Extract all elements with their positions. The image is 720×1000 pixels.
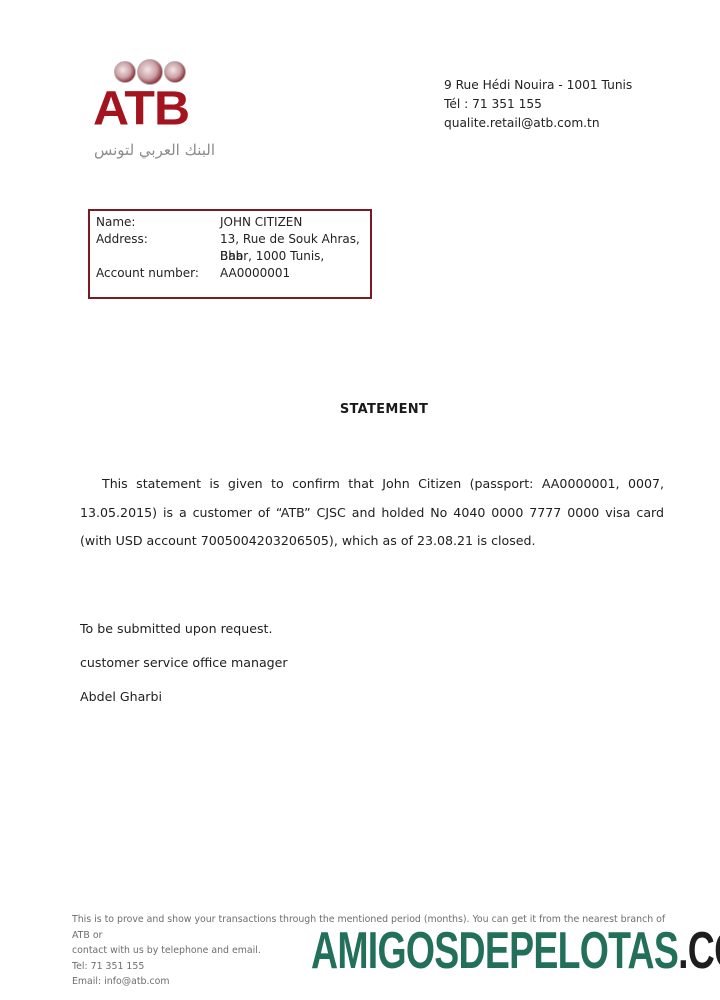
- name-label: Name:: [96, 214, 135, 231]
- account-value: AA0000001: [220, 265, 370, 282]
- logo-wordmark: ATB: [93, 84, 189, 132]
- watermark-suffix: .COM: [678, 922, 720, 980]
- address-label: Address:: [96, 231, 148, 248]
- bank-email: qualite.retail@atb.com.tn: [444, 114, 632, 133]
- bank-address: 9 Rue Hédi Nouira - 1001 Tunis: [444, 76, 632, 95]
- signer-title: customer service office manager: [80, 655, 288, 670]
- account-label: Account number:: [96, 265, 199, 282]
- address-line-2: Bhar, 1000 Tunis,: [220, 248, 370, 265]
- watermark-primary: AMIGOSDEPELOTAS: [311, 922, 678, 980]
- document-title: STATEMENT: [0, 402, 720, 417]
- atb-logo: ATB البنك العربي لتونس: [88, 55, 208, 165]
- name-value: JOHN CITIZEN: [220, 214, 370, 231]
- watermark: AMIGOSDEPELOTAS.COM: [311, 925, 720, 977]
- logo-arabic-text: البنك العربي لتونس: [94, 141, 215, 159]
- bank-contact-block: 9 Rue Hédi Nouira - 1001 Tunis Tél : 71 …: [444, 76, 632, 133]
- customer-info-box: Name: JOHN CITIZEN Address: 13, Rue de S…: [88, 209, 372, 299]
- emblem-right-icon: [164, 61, 186, 83]
- emblem-left-icon: [114, 61, 136, 83]
- closing-note: To be submitted upon request.: [80, 621, 272, 636]
- statement-body: This statement is given to confirm that …: [80, 470, 664, 556]
- signer-name: Abdel Gharbi: [80, 689, 162, 704]
- bank-phone: Tél : 71 351 155: [444, 95, 632, 114]
